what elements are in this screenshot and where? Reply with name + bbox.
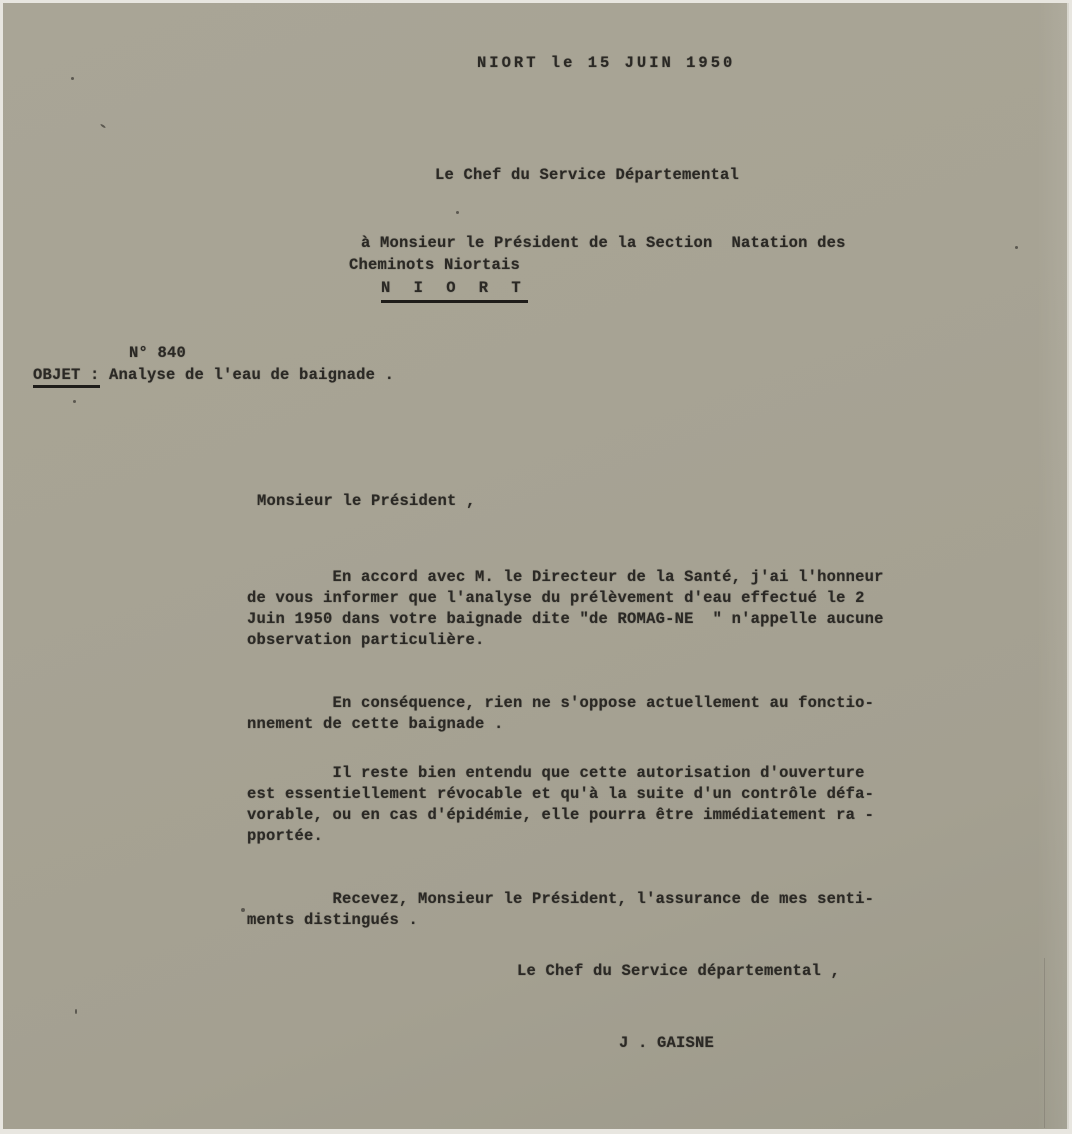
recipient-line-1: à Monsieur le Président de la Section Na…: [361, 233, 846, 254]
sender-title: Le Chef du Service Départemental: [435, 165, 739, 186]
paper-speck: [241, 908, 245, 912]
paper-speck: [1015, 246, 1018, 249]
paper-speck: [73, 400, 76, 403]
paragraph-line: Recevez, Monsieur le Président, l'assura…: [247, 889, 874, 910]
object-text: Analyse de l'eau de baignade .: [109, 366, 394, 384]
reference-number: N° 840: [129, 343, 186, 364]
paragraph-line: nnement de cette baignade .: [247, 714, 504, 735]
paragraph-line: est essentiellement révocable et qu'à la…: [247, 784, 874, 805]
paper-speck: [100, 123, 106, 128]
paragraph-line: observation particulière.: [247, 630, 485, 651]
recipient-city: N I O R T: [381, 278, 528, 303]
paragraph-line: Juin 1950 dans votre baignade dite "de R…: [247, 609, 884, 630]
paragraph-line: vorable, ou en cas d'épidémie, elle pour…: [247, 805, 874, 826]
paragraph-line: Il reste bien entendu que cette autorisa…: [247, 763, 865, 784]
object-label: OBJET :: [33, 366, 100, 388]
paragraph-line: de vous informer que l'analyse du prélèv…: [247, 588, 865, 609]
paragraph-line: En accord avec M. le Directeur de la San…: [247, 567, 884, 588]
paper-speck: [75, 1009, 77, 1014]
place-date: NIORT le 15 JUIN 1950: [477, 53, 735, 74]
torn-paper-edge: [1044, 958, 1063, 1128]
closing-title: Le Chef du Service départemental ,: [517, 961, 840, 982]
signature-name: J . GAISNE: [619, 1033, 714, 1054]
object-line: OBJET : Analyse de l'eau de baignade .: [33, 365, 394, 386]
letter-page: NIORT le 15 JUIN 1950 Le Chef du Service…: [3, 3, 1069, 1129]
recipient-line-2: Cheminots Niortais: [349, 255, 520, 276]
salutation: Monsieur le Président ,: [257, 491, 476, 512]
paragraph-line: ments distingués .: [247, 910, 418, 931]
paper-speck: [456, 211, 459, 214]
paragraph-line: En conséquence, rien ne s'oppose actuell…: [247, 693, 874, 714]
paragraph-line: pportée.: [247, 826, 323, 847]
paper-speck: [71, 77, 74, 80]
